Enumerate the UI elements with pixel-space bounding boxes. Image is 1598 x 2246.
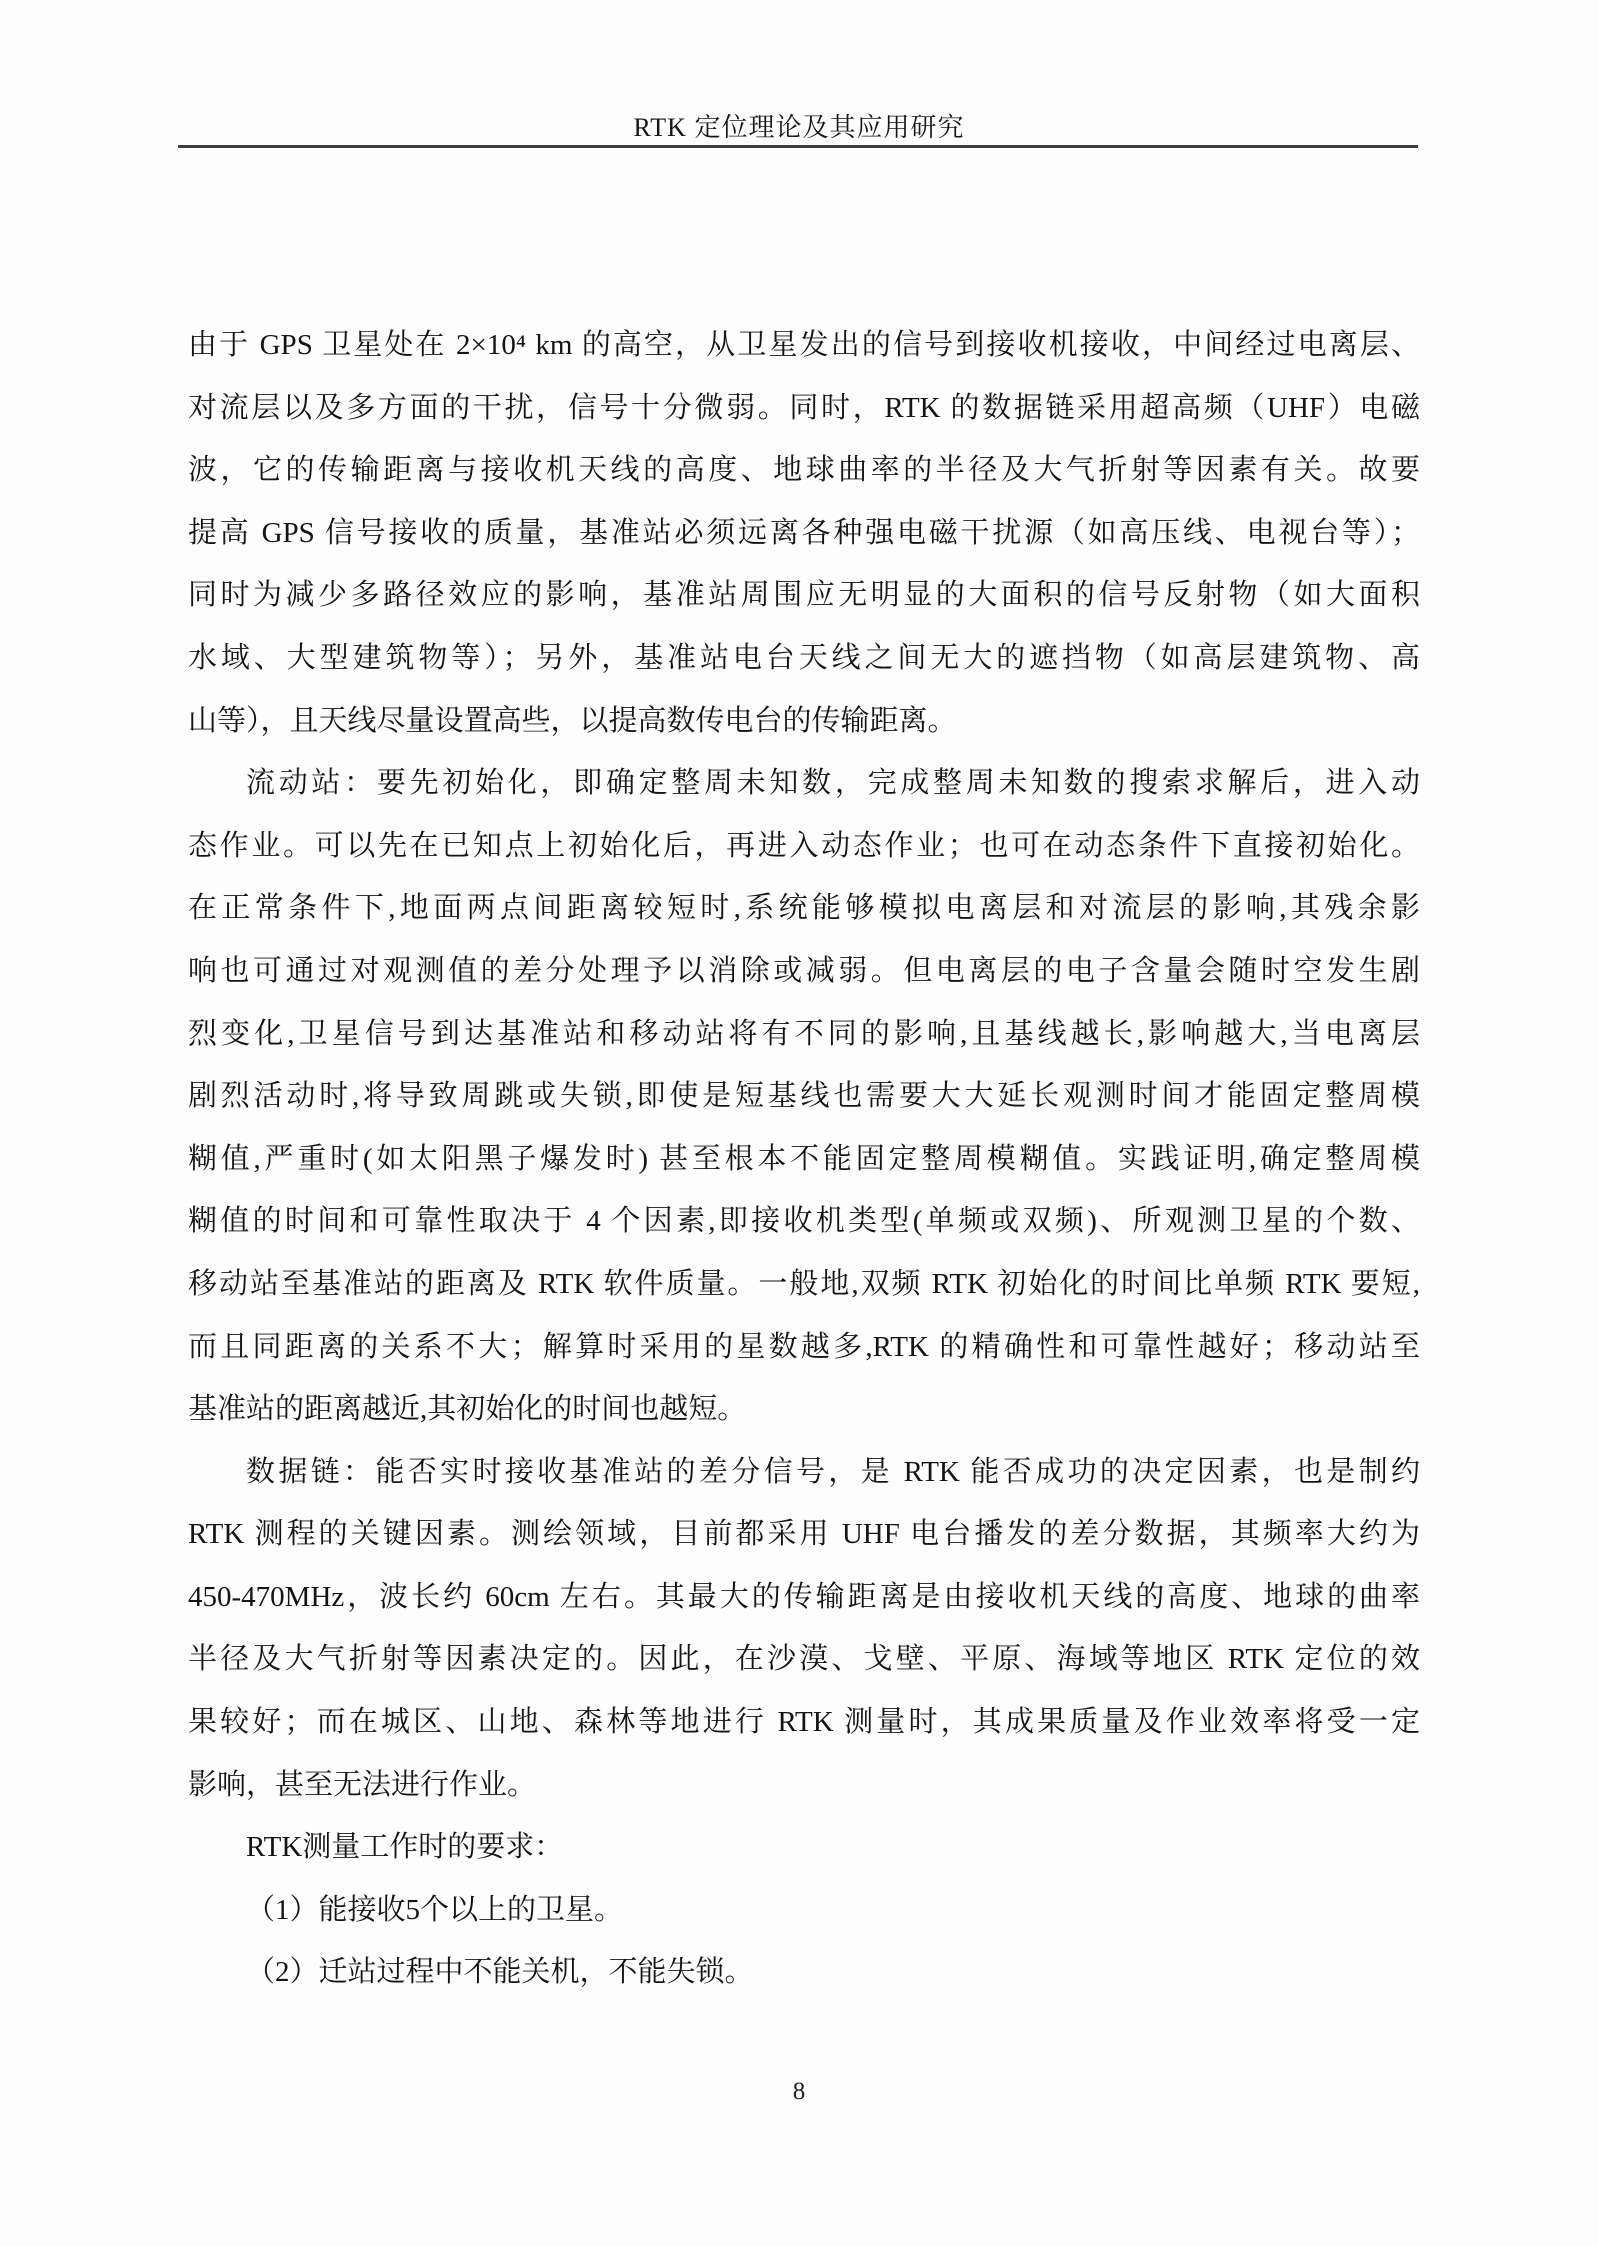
text-line: 而且同距离的关系不大；解算时采用的星数越多,RTK 的精确性和可靠性越好；移动站… [188,1316,1420,1379]
text-line: 数据链：能否实时接收基准站的差分信号，是 RTK 能否成功的决定因素，也是制约 [188,1441,1420,1504]
text-line: 由于 GPS 卫星处在 2×10⁴ km 的高空，从卫星发出的信号到接收机接收，… [188,314,1420,377]
text-line: RTK 测程的关键因素。测绘领域，目前都采用 UHF 电台播发的差分数据，其频率… [188,1503,1420,1566]
text-line: 450-470MHz，波长约 60cm 左右。其最大的传输距离是由接收机天线的高… [188,1566,1420,1629]
text-line: 糊值,严重时(如太阳黑子爆发时) 甚至根本不能固定整周模糊值。实践证明,确定整周… [188,1128,1420,1191]
text-line: 对流层以及多方面的干扰，信号十分微弱。同时，RTK 的数据链采用超高频（UHF）… [188,377,1420,440]
text-line: 提高 GPS 信号接收的质量，基准站必须远离各种强电磁干扰源（如高压线、电视台等… [188,502,1420,565]
text-line: 态作业。可以先在已知点上初始化后，再进入动态作业；也可在动态条件下直接初始化。 [188,815,1420,878]
text-line: 果较好；而在城区、山地、森林等地进行 RTK 测量时，其成果质量及作业效率将受一… [188,1691,1420,1754]
page-number: 8 [0,2074,1598,2110]
header-rule [178,145,1418,148]
header-title: RTK 定位理论及其应用研究 [0,112,1598,144]
text-line: 响也可通过对观测值的差分处理予以消除或减弱。但电离层的电子含量会随时空发生剧 [188,940,1420,1003]
text-line: 影响，甚至无法进行作业。 [188,1754,1420,1817]
text-line: 剧烈活动时,将导致周跳或失锁,即使是短基线也需要大大延长观测时间才能固定整周模 [188,1065,1420,1128]
text-line: 同时为减少多路径效应的影响，基准站周围应无明显的大面积的信号反射物（如大面积 [188,564,1420,627]
text-line: 水域、大型建筑物等）；另外，基准站电台天线之间无大的遮挡物（如高层建筑物、高 [188,627,1420,690]
text-line: 基准站的距离越近,其初始化的时间也越短。 [188,1378,1420,1441]
text-line: 山等），且天线尽量设置高些，以提高数传电台的传输距离。 [188,690,1420,753]
text-line: 半径及大气折射等因素决定的。因此，在沙漠、戈壁、平原、海域等地区 RTK 定位的… [188,1628,1420,1691]
text-line: （1）能接收5个以上的卫星。 [188,1879,1420,1942]
text-line: 移动站至基准站的距离及 RTK 软件质量。一般地,双频 RTK 初始化的时间比单… [188,1253,1420,1316]
text-line: 在正常条件下,地面两点间距离较短时,系统能够模拟电离层和对流层的影响,其残余影 [188,877,1420,940]
text-line: 波，它的传输距离与接收机天线的高度、地球曲率的半径及大气折射等因素有关。故要 [188,439,1420,502]
text-line: 烈变化,卫星信号到达基准站和移动站将有不同的影响,且基线越长,影响越大,当电离层 [188,1003,1420,1066]
text-line: RTK测量工作时的要求： [188,1816,1420,1879]
text-line: 流动站：要先初始化，即确定整周未知数，完成整周未知数的搜索求解后，进入动 [188,752,1420,815]
document-body: 由于 GPS 卫星处在 2×10⁴ km 的高空，从卫星发出的信号到接收机接收，… [188,314,1420,2004]
text-line: 糊值的时间和可靠性取决于 4 个因素,即接收机类型(单频或双频)、所观测卫星的个… [188,1190,1420,1253]
document-page: RTK 定位理论及其应用研究 由于 GPS 卫星处在 2×10⁴ km 的高空，… [0,0,1598,2246]
text-line: （2）迁站过程中不能关机，不能失锁。 [188,1941,1420,2004]
